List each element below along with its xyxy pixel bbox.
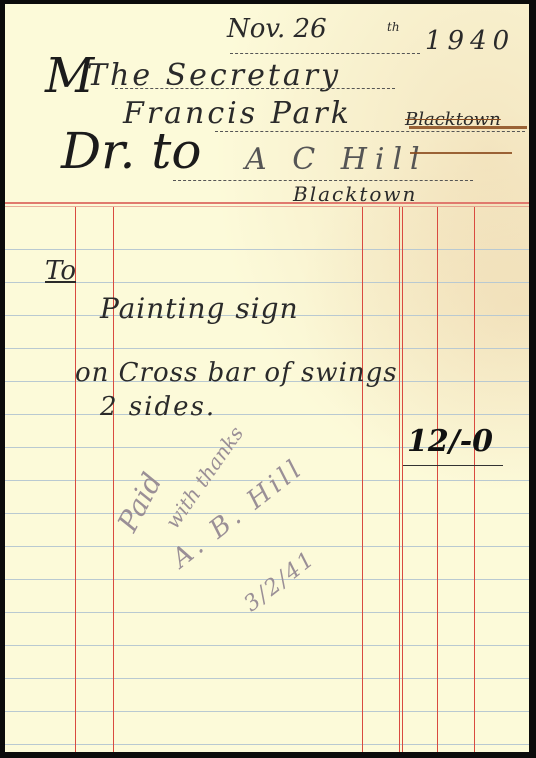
item-line-1: Painting sign [100, 292, 299, 325]
recipient-dotted-line-1 [115, 88, 395, 89]
amount-underline [403, 465, 503, 466]
rule-line [5, 744, 529, 745]
to-label: To [45, 256, 76, 286]
column-rule-shillings [437, 207, 438, 752]
rule-line [5, 282, 529, 283]
rule-line [5, 513, 529, 514]
invoice-date-year: 1940 [425, 26, 515, 56]
recipient-dotted-line-2 [215, 131, 525, 132]
rule-line [5, 645, 529, 646]
debtor-printed-label: Dr. to [61, 122, 201, 180]
item-line-2: on Cross bar of swings [75, 358, 398, 388]
rule-line [5, 348, 529, 349]
date-dotted-line [230, 53, 420, 54]
rule-line [5, 414, 529, 415]
receipt-note-date: 3/2/41 [240, 546, 321, 617]
item-amount: 12/-0 [407, 424, 493, 459]
column-rule-pounds-left [362, 207, 363, 752]
invoice-paper: Nov. 26 th 1940 M The Secretary Francis … [5, 4, 529, 752]
strike-through-debtor [410, 152, 512, 154]
invoice-date-month-day: Nov. 26 [227, 14, 327, 44]
rule-line [5, 711, 529, 712]
header-red-rule [5, 202, 529, 204]
rule-line [5, 612, 529, 613]
header-red-rule-2 [5, 206, 529, 207]
rule-line [5, 249, 529, 250]
invoice-date-suffix: th [387, 20, 400, 34]
debtor-dotted-line [173, 180, 473, 181]
column-rule-pence [474, 207, 475, 752]
column-rule-pounds-right-a [399, 207, 400, 752]
rule-line [5, 678, 529, 679]
column-rule-pounds-right-b [402, 207, 403, 752]
debtor-name: A C Hill [245, 142, 428, 177]
rule-line [5, 546, 529, 547]
receipt-note-paid: Paid [111, 468, 169, 537]
column-rule-date [75, 207, 76, 752]
item-line-3: 2 sides. [100, 392, 216, 422]
column-rule-description [113, 207, 114, 752]
strike-through-blacktown [409, 126, 527, 129]
